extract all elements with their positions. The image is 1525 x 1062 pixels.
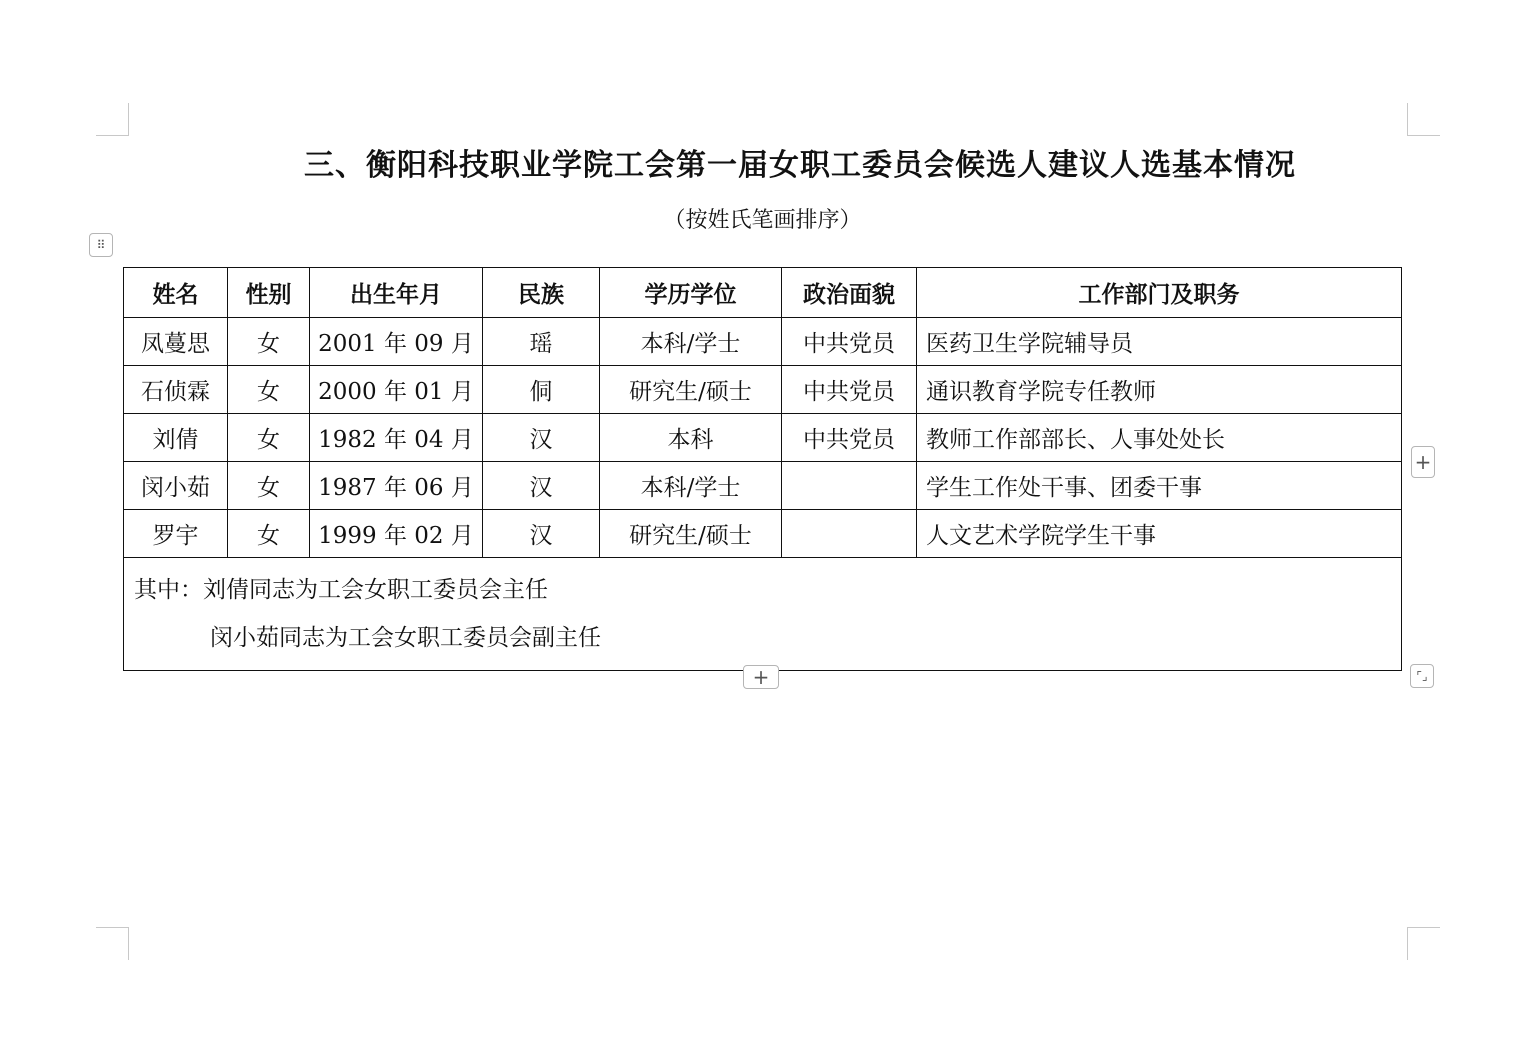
cell-ethnicity[interactable]: 汉 (483, 510, 600, 558)
table-row: 罗宇 女 1999 年 02 月 汉 研究生/硕士 人文艺术学院学生干事 (124, 510, 1402, 558)
cell-name[interactable]: 凤蔓思 (124, 318, 228, 366)
cell-education[interactable]: 研究生/硕士 (600, 510, 782, 558)
cell-birth[interactable]: 1999 年 02 月 (310, 510, 483, 558)
cell-name[interactable]: 石侦霖 (124, 366, 228, 414)
cell-note[interactable]: 其中：刘倩同志为工会女职工委员会主任 闵小茹同志为工会女职工委员会副主任 (124, 558, 1402, 671)
add-row-button[interactable]: + (743, 665, 779, 689)
cell-political[interactable] (782, 510, 917, 558)
table-move-handle-icon[interactable]: ⠿ (89, 233, 113, 257)
table-row: 凤蔓思 女 2001 年 09 月 瑶 本科/学士 中共党员 医药卫生学院辅导员 (124, 318, 1402, 366)
cell-position[interactable]: 学生工作处干事、团委干事 (917, 462, 1402, 510)
note-line-chair: 其中：刘倩同志为工会女职工委员会主任 (134, 566, 1391, 614)
table-row: 闵小茹 女 1987 年 06 月 汉 本科/学士 学生工作处干事、团委干事 (124, 462, 1402, 510)
cell-education[interactable]: 本科 (600, 414, 782, 462)
table-row: 刘倩 女 1982 年 04 月 汉 本科 中共党员 教师工作部部长、人事处处长 (124, 414, 1402, 462)
cell-education[interactable]: 本科/学士 (600, 318, 782, 366)
header-birth: 出生年月 (310, 268, 483, 318)
page-corner-mark-top-right (1407, 103, 1440, 136)
cell-name[interactable]: 闵小茹 (124, 462, 228, 510)
header-political: 政治面貌 (782, 268, 917, 318)
header-position: 工作部门及职务 (917, 268, 1402, 318)
cell-political[interactable]: 中共党员 (782, 366, 917, 414)
header-education: 学历学位 (600, 268, 782, 318)
table-note-row: 其中：刘倩同志为工会女职工委员会主任 闵小茹同志为工会女职工委员会副主任 (124, 558, 1402, 671)
page-corner-mark-bottom-left (96, 927, 129, 960)
header-ethnicity: 民族 (483, 268, 600, 318)
page-corner-mark-top-left (96, 103, 129, 136)
add-column-button[interactable]: + (1411, 446, 1435, 478)
cell-birth[interactable]: 1987 年 06 月 (310, 462, 483, 510)
cell-position[interactable]: 教师工作部部长、人事处处长 (917, 414, 1402, 462)
cell-ethnicity[interactable]: 汉 (483, 462, 600, 510)
page-corner-mark-bottom-right (1407, 927, 1440, 960)
table-header-row: 姓名 性别 出生年月 民族 学历学位 政治面貌 工作部门及职务 (124, 268, 1402, 318)
cell-name[interactable]: 刘倩 (124, 414, 228, 462)
cell-position[interactable]: 人文艺术学院学生干事 (917, 510, 1402, 558)
cell-ethnicity[interactable]: 侗 (483, 366, 600, 414)
cell-gender[interactable]: 女 (228, 366, 310, 414)
header-name: 姓名 (124, 268, 228, 318)
cell-name[interactable]: 罗宇 (124, 510, 228, 558)
cell-education[interactable]: 研究生/硕士 (600, 366, 782, 414)
cell-birth[interactable]: 2000 年 01 月 (310, 366, 483, 414)
cell-birth[interactable]: 2001 年 09 月 (310, 318, 483, 366)
header-gender: 性别 (228, 268, 310, 318)
cell-position[interactable]: 通识教育学院专任教师 (917, 366, 1402, 414)
cell-political[interactable] (782, 462, 917, 510)
cell-political[interactable]: 中共党员 (782, 414, 917, 462)
note-line-vice-chair: 闵小茹同志为工会女职工委员会副主任 (134, 614, 1391, 662)
candidates-table: 姓名 性别 出生年月 民族 学历学位 政治面貌 工作部门及职务 凤蔓思 女 20… (123, 267, 1402, 671)
cell-gender[interactable]: 女 (228, 462, 310, 510)
table-row: 石侦霖 女 2000 年 01 月 侗 研究生/硕士 中共党员 通识教育学院专任… (124, 366, 1402, 414)
table-resize-handle-icon[interactable]: ⌜⌟ (1410, 664, 1434, 688)
document-subtitle: （按姓氏笔画排序） (0, 203, 1525, 234)
cell-ethnicity[interactable]: 瑶 (483, 318, 600, 366)
cell-ethnicity[interactable]: 汉 (483, 414, 600, 462)
cell-gender[interactable]: 女 (228, 318, 310, 366)
cell-position[interactable]: 医药卫生学院辅导员 (917, 318, 1402, 366)
cell-political[interactable]: 中共党员 (782, 318, 917, 366)
cell-birth[interactable]: 1982 年 04 月 (310, 414, 483, 462)
document-title: 三、衡阳科技职业学院工会第一届女职工委员会候选人建议人选基本情况 (240, 140, 1360, 184)
cell-gender[interactable]: 女 (228, 414, 310, 462)
cell-education[interactable]: 本科/学士 (600, 462, 782, 510)
cell-gender[interactable]: 女 (228, 510, 310, 558)
